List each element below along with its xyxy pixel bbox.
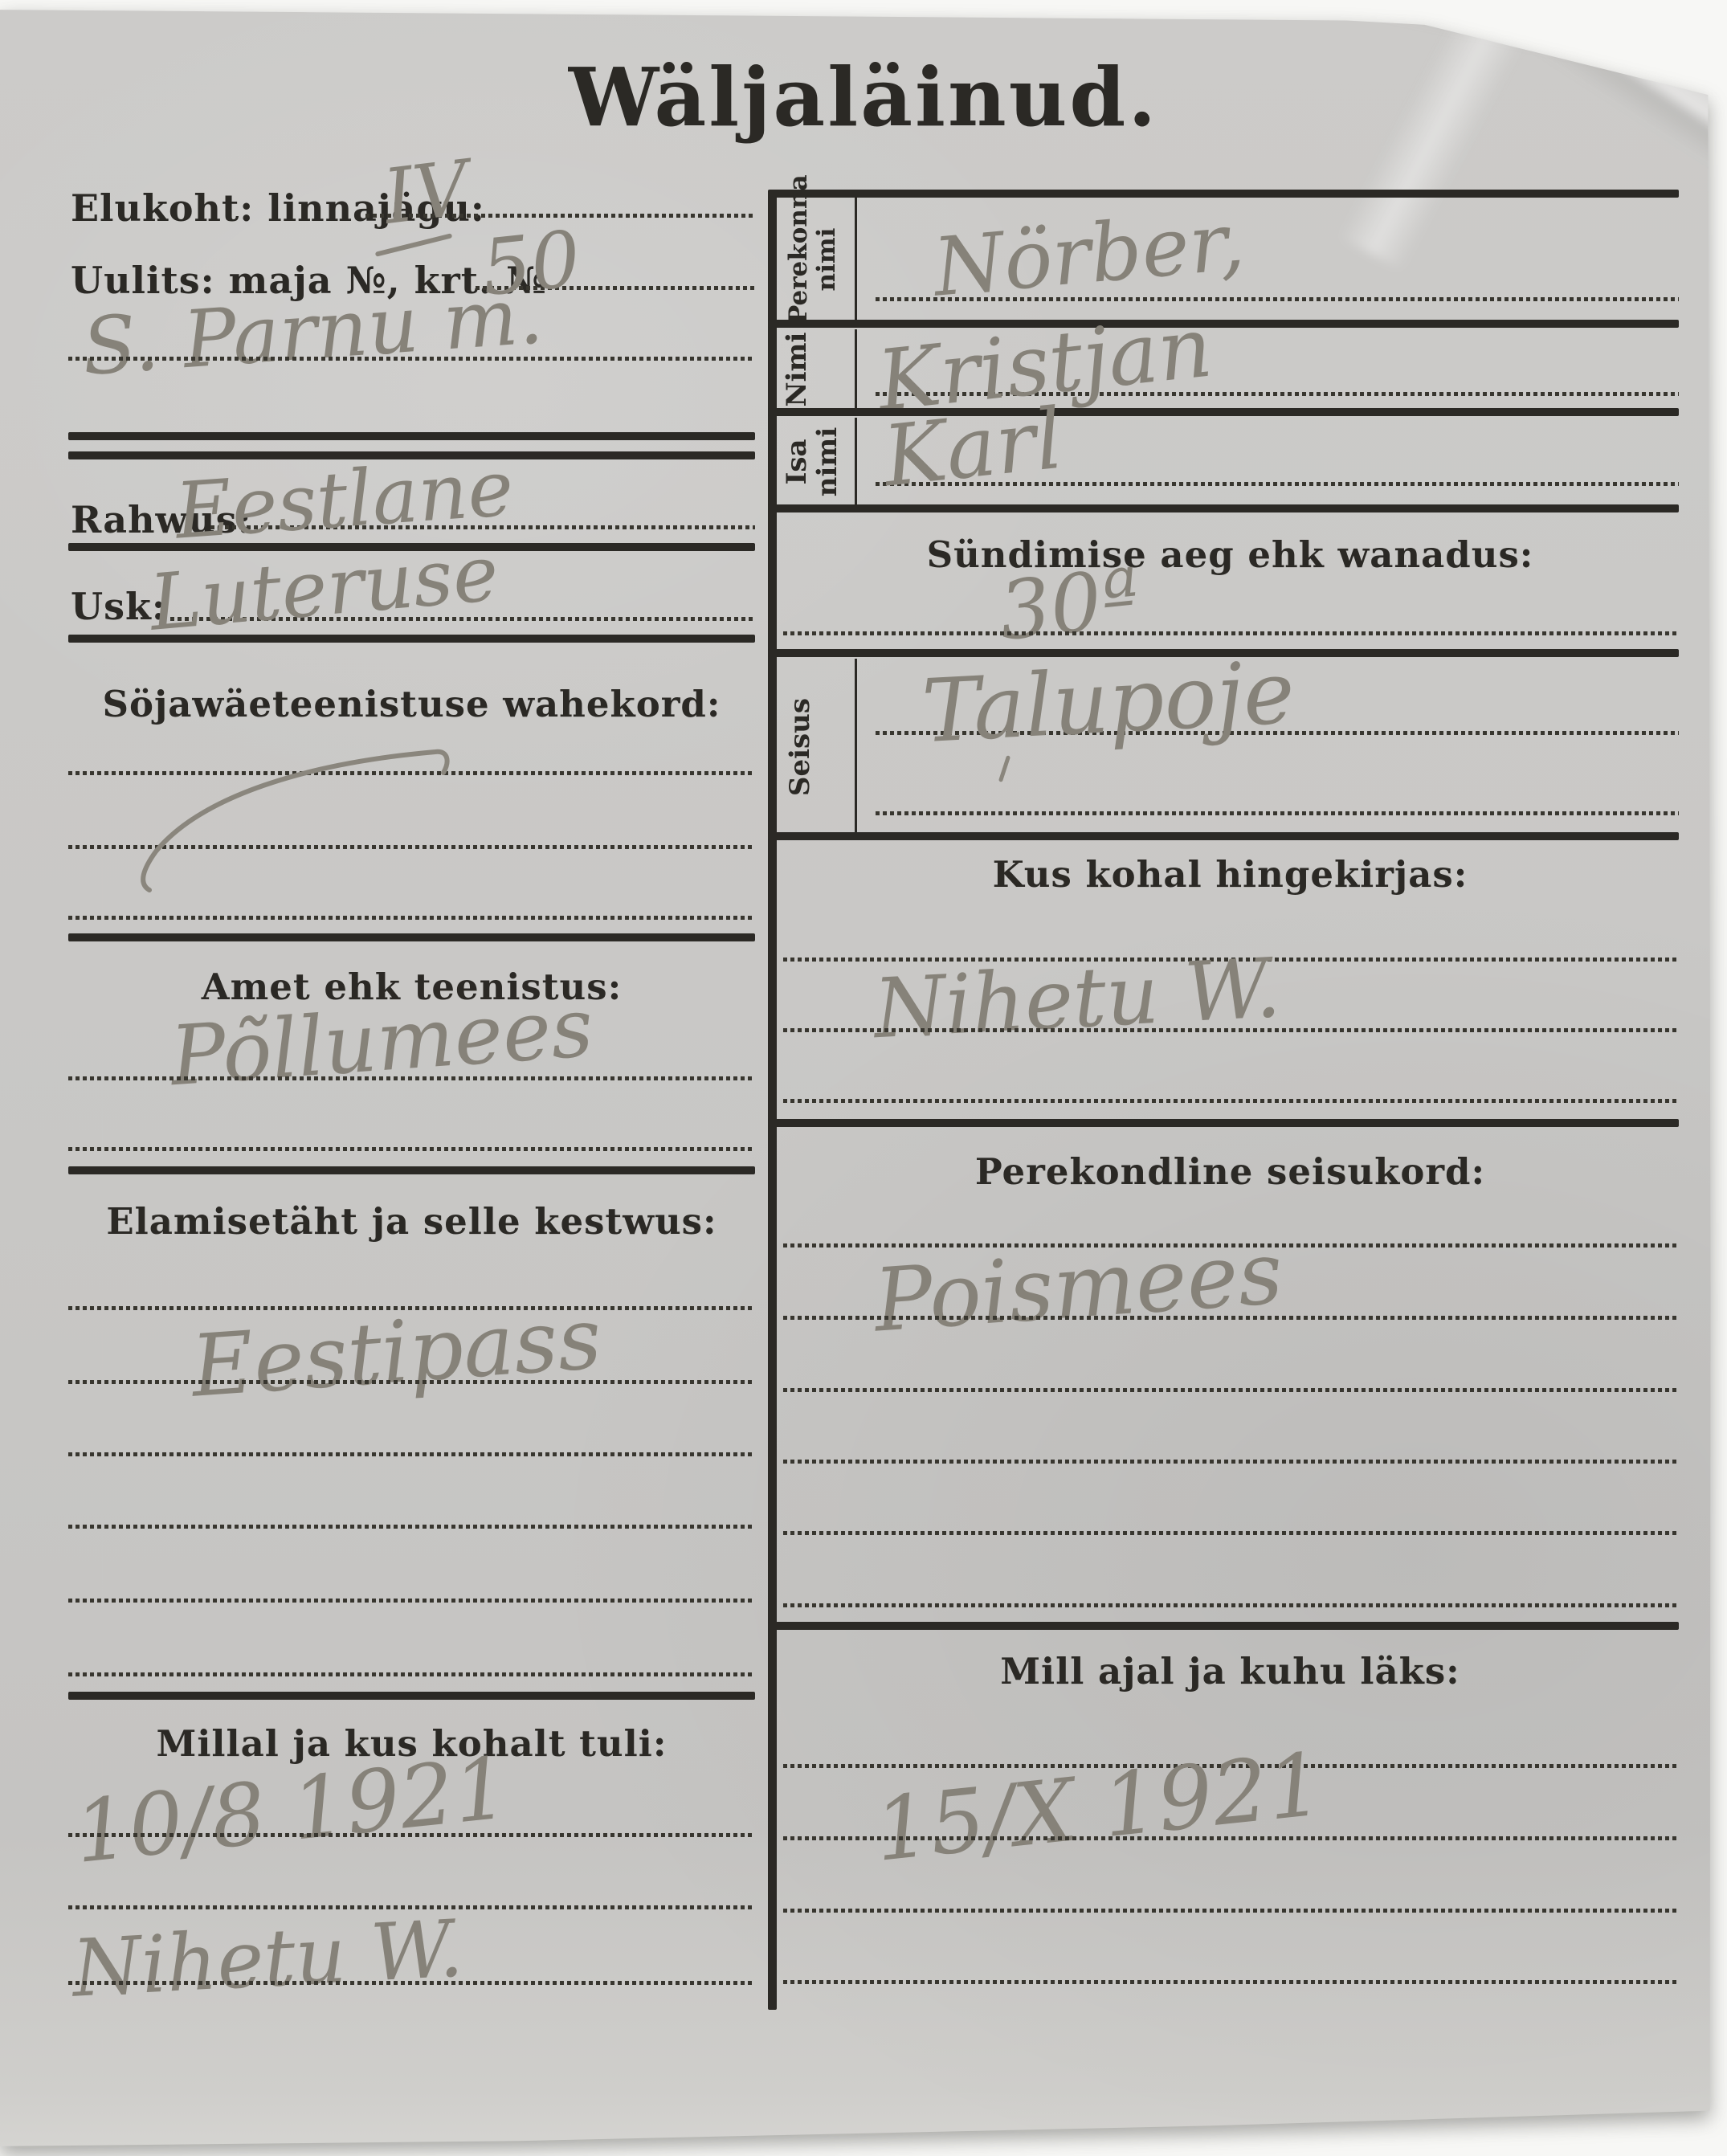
rule-line xyxy=(68,635,755,643)
dotted-line xyxy=(68,1672,755,1676)
handwriting-hingekirjas: Nihetu W. xyxy=(872,941,1283,1057)
pencil-stroke xyxy=(129,741,466,901)
dotted-line xyxy=(783,1316,1679,1320)
dotted-line xyxy=(68,1452,755,1456)
rule-line xyxy=(68,933,755,941)
column-divider xyxy=(768,193,777,2010)
cell-divider xyxy=(855,198,857,320)
handwriting-isa: Karl xyxy=(879,390,1067,506)
dotted-line xyxy=(783,1836,1679,1840)
field-label-perekonna: Perekonna nimi xyxy=(785,195,857,324)
cell-divider xyxy=(855,659,857,832)
rule-line xyxy=(768,504,1679,512)
dotted-line xyxy=(68,916,755,920)
handwriting-laks: 15/X 1921 xyxy=(870,1734,1328,1881)
rule-line xyxy=(768,832,1679,840)
dotted-line xyxy=(783,1603,1679,1607)
field-label-nimi: Nimi xyxy=(782,325,854,414)
dotted-line xyxy=(68,1599,755,1603)
rule-line xyxy=(68,432,755,440)
dotted-line xyxy=(68,1380,755,1384)
rule-line xyxy=(768,1622,1679,1630)
dotted-line xyxy=(68,1525,755,1529)
dotted-line xyxy=(783,1028,1679,1032)
paper-shadow: Wäljaläinud. Elukoht: linnajägu: IV Uuli… xyxy=(0,0,1727,2156)
field-label-isa: Isa nimi xyxy=(782,410,854,514)
section-heading-elamisetaht: Elamisetäht ja selle kestwus: xyxy=(68,1200,755,1243)
dotted-line xyxy=(68,1147,755,1151)
handwriting-sundimise: 30ª xyxy=(994,550,1144,659)
dotted-line xyxy=(783,1909,1679,1913)
dotted-line xyxy=(876,811,1679,815)
registration-card: Wäljaläinud. Elukoht: linnajägu: IV Uuli… xyxy=(0,0,1727,2156)
dotted-line xyxy=(783,1388,1679,1392)
handwriting-tuli-place: Nihetu W. xyxy=(70,1903,465,2015)
field-label-seisus: Seisus xyxy=(785,667,841,827)
rule-line xyxy=(68,1692,755,1700)
section-heading-sundimise: Sündimise aeg ehk wanadus: xyxy=(783,533,1677,576)
dotted-line xyxy=(783,1099,1679,1103)
rule-line xyxy=(68,1166,755,1174)
dotted-line xyxy=(68,1076,755,1080)
cell-divider xyxy=(855,418,857,504)
section-heading-military: Söjawäeteenistuse wahekord: xyxy=(68,683,755,725)
pencil-mark xyxy=(998,755,1010,782)
section-heading-perekondline: Perekondline seisukord: xyxy=(783,1150,1677,1193)
dotted-line xyxy=(783,1460,1679,1464)
dotted-line xyxy=(783,631,1679,635)
scanned-document: Wäljaläinud. Elukoht: linnajägu: IV Uuli… xyxy=(0,0,1727,2156)
dotted-line xyxy=(783,1980,1679,1984)
section-heading-laks: Mill ajal ja kuhu läks: xyxy=(783,1650,1677,1693)
rule-line xyxy=(768,320,1679,328)
cell-divider xyxy=(855,329,857,408)
dotted-line xyxy=(783,1531,1679,1535)
handwriting-seisus: Talupoje xyxy=(920,643,1297,762)
handwriting-perekondline: Poismees xyxy=(871,1223,1285,1351)
dotted-line xyxy=(68,1981,755,1985)
rule-line xyxy=(768,1119,1679,1127)
dotted-line xyxy=(68,1833,755,1837)
handwriting-elukoht: IV xyxy=(379,145,474,242)
dotted-line xyxy=(68,357,755,361)
section-heading-hingekirjas: Kus kohal hingekirjas: xyxy=(783,853,1677,896)
page-title: Wäljaläinud. xyxy=(0,50,1727,145)
